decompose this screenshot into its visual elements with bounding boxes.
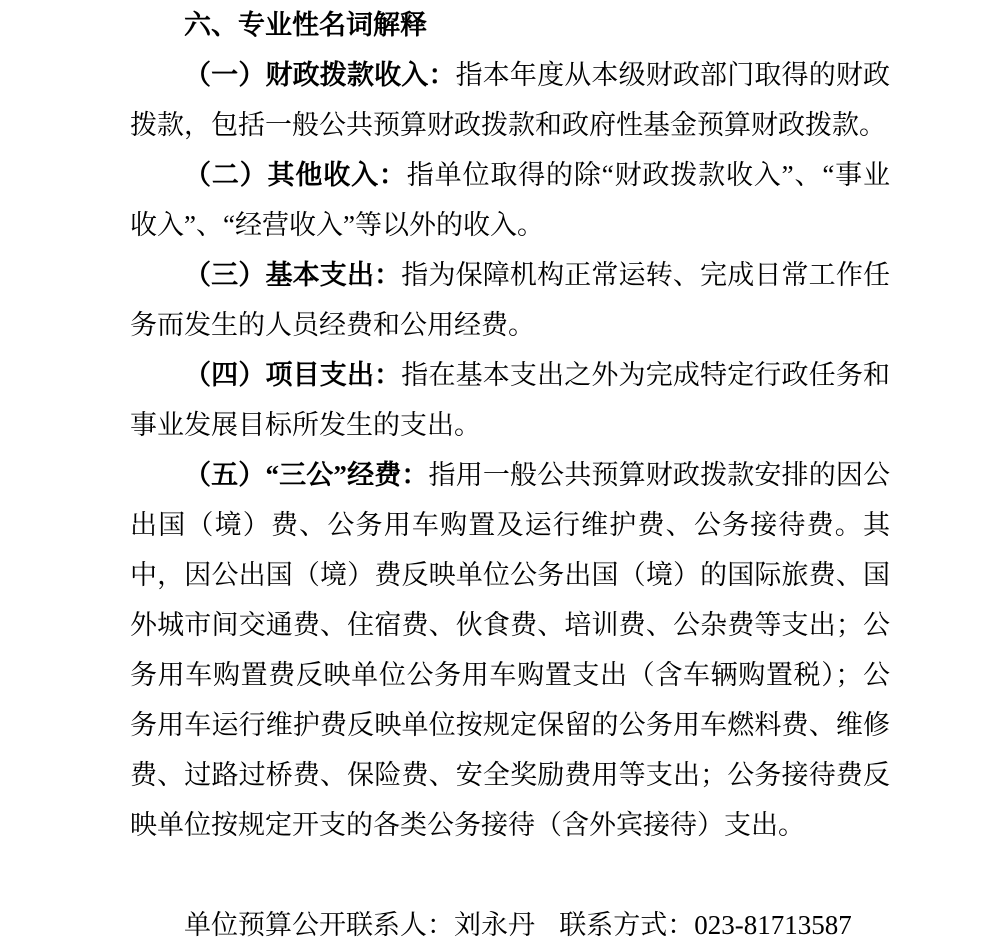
term-label: （五）“三公”经费： (184, 460, 429, 490)
contact-phone-number: 023-81713587 (694, 910, 852, 940)
section-title: 六、专业性名词解释 (130, 0, 890, 50)
term-definition: 指用一般公共预算财政拨款安排的因公出国（境）费、公务用车购置及运行维护费、公务接… (130, 460, 890, 840)
term-label: （二）其他收入： (184, 160, 407, 190)
term-label: （四）项目支出： (184, 360, 401, 390)
definition-paragraph-three-public-funds: （五）“三公”经费：指用一般公共预算财政拨款安排的因公出国（境）费、公务用车购置… (130, 450, 890, 850)
contact-footer: 单位预算公开联系人：刘永丹联系方式：023-81713587 (130, 900, 890, 950)
definition-paragraph-project-expenditure: （四）项目支出：指在基本支出之外为完成特定行政任务和事业发展目标所发生的支出。 (130, 350, 890, 450)
contact-method-label: 联系方式： (559, 910, 694, 940)
contact-person-label: 单位预算公开联系人： (184, 910, 454, 940)
term-label: （三）基本支出： (184, 260, 401, 290)
definition-paragraph-fiscal-appropriation-income: （一）财政拨款收入：指本年度从本级财政部门取得的财政拨款，包括一般公共预算财政拨… (130, 50, 890, 150)
document-page: 六、专业性名词解释 （一）财政拨款收入：指本年度从本级财政部门取得的财政拨款，包… (0, 0, 1000, 952)
term-label: （一）财政拨款收入： (184, 60, 456, 90)
definition-paragraph-basic-expenditure: （三）基本支出：指为保障机构正常运转、完成日常工作任务而发生的人员经费和公用经费… (130, 250, 890, 350)
definition-paragraph-other-income: （二）其他收入：指单位取得的除“财政拨款收入”、“事业收入”、“经营收入”等以外… (130, 150, 890, 250)
contact-person-name: 刘永丹 (454, 910, 535, 940)
